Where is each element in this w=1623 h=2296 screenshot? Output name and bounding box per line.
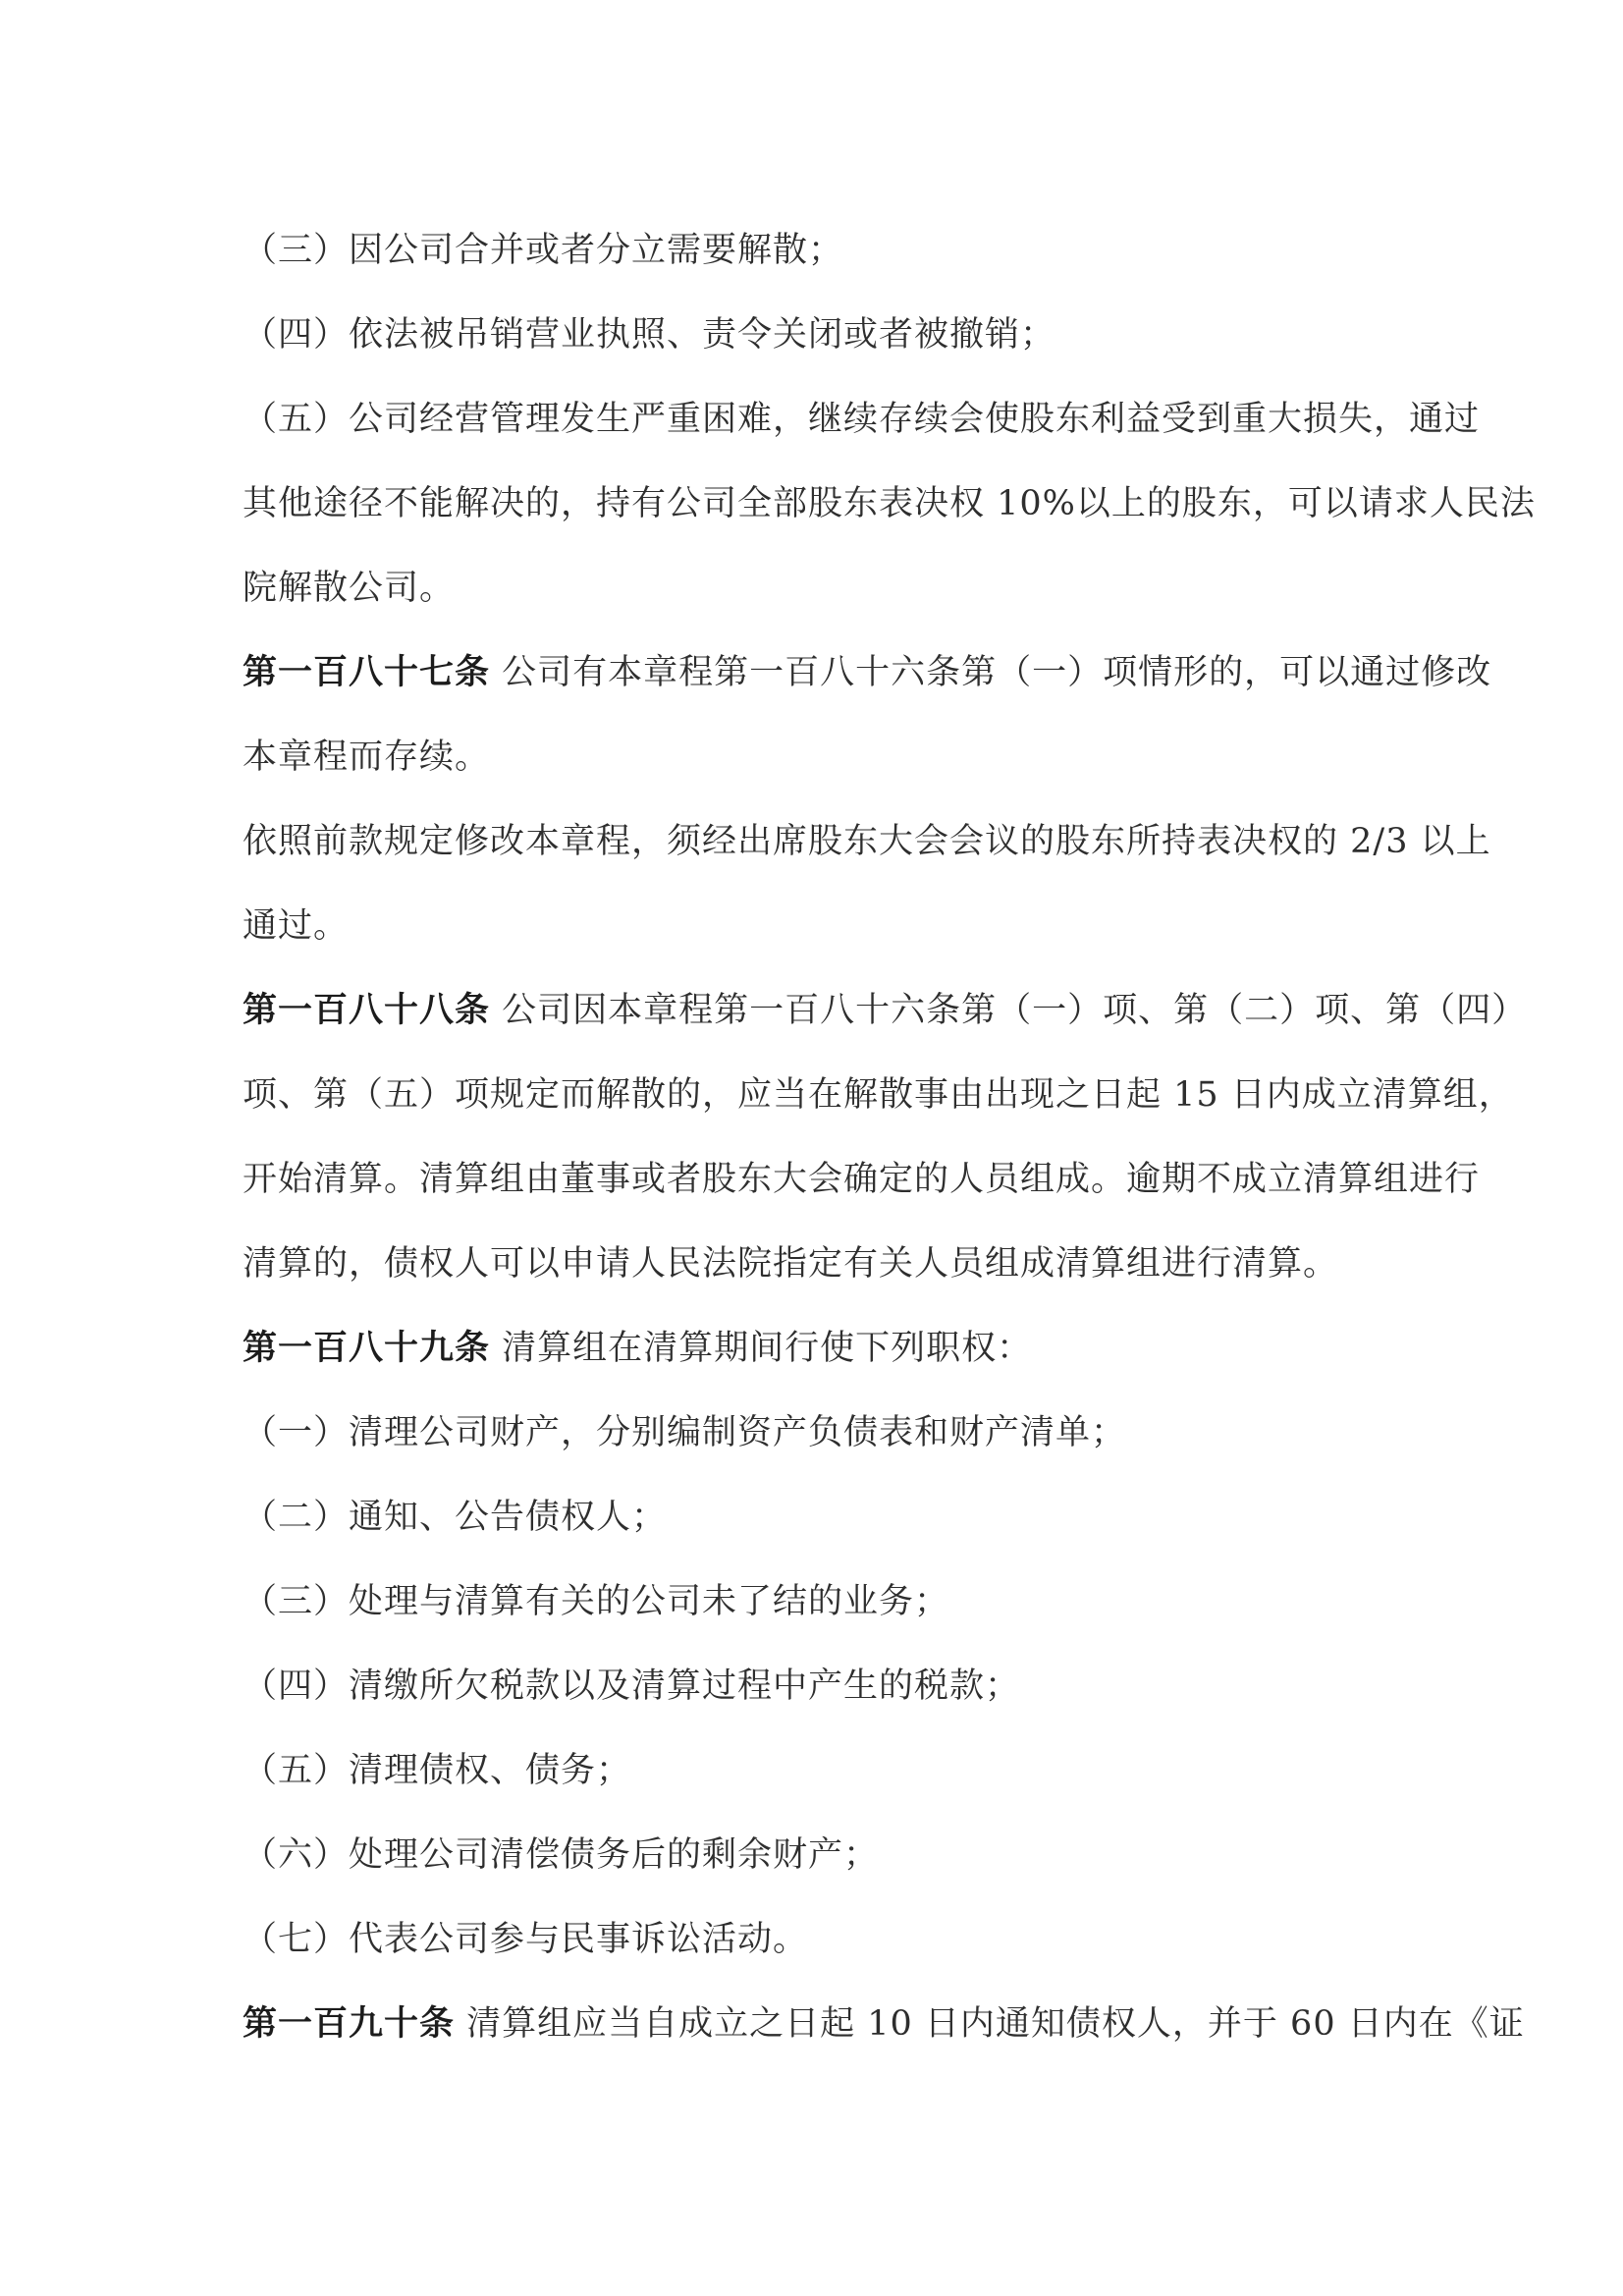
document-line: （七）代表公司参与民事诉讼活动。 bbox=[243, 1897, 1403, 1982]
document-line: 依照前款规定修改本章程，须经出席股东大会会议的股东所持表决权的 2/3 以上 bbox=[243, 799, 1403, 884]
line-text: 公司有本章程第一百八十六条第（一）项情形的，可以通过修改 bbox=[490, 653, 1491, 692]
document-line: 通过。 bbox=[243, 884, 1403, 968]
line-text: （一）清理公司财产，分别编制资产负债表和财产清单； bbox=[243, 1413, 1126, 1452]
line-text: （七）代表公司参与民事诉讼活动。 bbox=[243, 1920, 808, 1959]
document-line: 清算的，债权人可以申请人民法院指定有关人员组成清算组进行清算。 bbox=[243, 1222, 1403, 1306]
document-line: 其他途径不能解决的，持有公司全部股东表决权 10%以上的股东，可以请求人民法 bbox=[243, 462, 1403, 546]
line-text: （二）通知、公告债权人； bbox=[243, 1498, 667, 1537]
line-text: 院解散公司。 bbox=[243, 569, 455, 608]
document-line: （四）清缴所欠税款以及清算过程中产生的税款； bbox=[243, 1644, 1403, 1728]
line-text: （四）依法被吊销营业执照、责令关闭或者被撤销； bbox=[243, 315, 1055, 355]
line-text: 开始清算。清算组由董事或者股东大会确定的人员组成。逾期不成立清算组进行 bbox=[243, 1160, 1480, 1199]
line-text: 通过。 bbox=[243, 906, 349, 946]
document-line: 本章程而存续。 bbox=[243, 715, 1403, 799]
document-line: 开始清算。清算组由董事或者股东大会确定的人员组成。逾期不成立清算组进行 bbox=[243, 1137, 1403, 1222]
line-text: （三）因公司合并或者分立需要解散； bbox=[243, 231, 843, 270]
document-line: （五）清理债权、债务； bbox=[243, 1728, 1403, 1813]
document-line: 第一百九十条 清算组应当自成立之日起 10 日内通知债权人，并于 60 日内在《… bbox=[243, 1982, 1403, 2066]
article-number: 第一百八十九条 bbox=[243, 1328, 490, 1368]
document-line: （五）公司经营管理发生严重困难，继续存续会使股东利益受到重大损失，通过 bbox=[243, 377, 1403, 462]
line-text: 清算组在清算期间行使下列职权： bbox=[490, 1329, 1032, 1368]
document-line: （四）依法被吊销营业执照、责令关闭或者被撤销； bbox=[243, 293, 1403, 377]
line-text: 本章程而存续。 bbox=[243, 738, 490, 777]
article-number: 第一百九十条 bbox=[243, 2003, 455, 2044]
document-line: 第一百八十七条 公司有本章程第一百八十六条第（一）项情形的，可以通过修改 bbox=[243, 630, 1403, 715]
article-number: 第一百八十七条 bbox=[243, 652, 490, 692]
article-number: 第一百八十八条 bbox=[243, 990, 490, 1030]
line-text: 清算的，债权人可以申请人民法院指定有关人员组成清算组进行清算。 bbox=[243, 1244, 1338, 1284]
line-text: 其他途径不能解决的，持有公司全部股东表决权 10%以上的股东，可以请求人民法 bbox=[243, 484, 1536, 523]
document-page: （三）因公司合并或者分立需要解散；（四）依法被吊销营业执照、责令关闭或者被撤销；… bbox=[0, 0, 1623, 2296]
document-text-block: （三）因公司合并或者分立需要解散；（四）依法被吊销营业执照、责令关闭或者被撤销；… bbox=[243, 208, 1403, 2066]
document-line: （一）清理公司财产，分别编制资产负债表和财产清单； bbox=[243, 1391, 1403, 1475]
line-text: （六）处理公司清偿债务后的剩余财产； bbox=[243, 1835, 879, 1875]
line-text: 清算组应当自成立之日起 10 日内通知债权人，并于 60 日内在《证 bbox=[455, 2004, 1525, 2044]
document-line: （六）处理公司清偿债务后的剩余财产； bbox=[243, 1813, 1403, 1897]
line-text: （三）处理与清算有关的公司未了结的业务； bbox=[243, 1582, 949, 1621]
line-text: （四）清缴所欠税款以及清算过程中产生的税款； bbox=[243, 1667, 1020, 1706]
document-line: 院解散公司。 bbox=[243, 546, 1403, 630]
document-line: 第一百八十八条 公司因本章程第一百八十六条第（一）项、第（二）项、第（四） bbox=[243, 968, 1403, 1053]
line-text: （五）公司经营管理发生严重困难，继续存续会使股东利益受到重大损失，通过 bbox=[243, 400, 1480, 439]
document-line: （二）通知、公告债权人； bbox=[243, 1475, 1403, 1559]
document-line: 第一百八十九条 清算组在清算期间行使下列职权： bbox=[243, 1306, 1403, 1391]
line-text: 公司因本章程第一百八十六条第（一）项、第（二）项、第（四） bbox=[490, 991, 1527, 1030]
document-line: （三）因公司合并或者分立需要解散； bbox=[243, 208, 1403, 293]
line-text: 项、第（五）项规定而解散的，应当在解散事由出现之日起 15 日内成立清算组， bbox=[243, 1075, 1514, 1115]
document-line: 项、第（五）项规定而解散的，应当在解散事由出现之日起 15 日内成立清算组， bbox=[243, 1053, 1403, 1137]
document-line: （三）处理与清算有关的公司未了结的业务； bbox=[243, 1559, 1403, 1644]
line-text: （五）清理债权、债务； bbox=[243, 1751, 631, 1790]
line-text: 依照前款规定修改本章程，须经出席股东大会会议的股东所持表决权的 2/3 以上 bbox=[243, 822, 1491, 861]
